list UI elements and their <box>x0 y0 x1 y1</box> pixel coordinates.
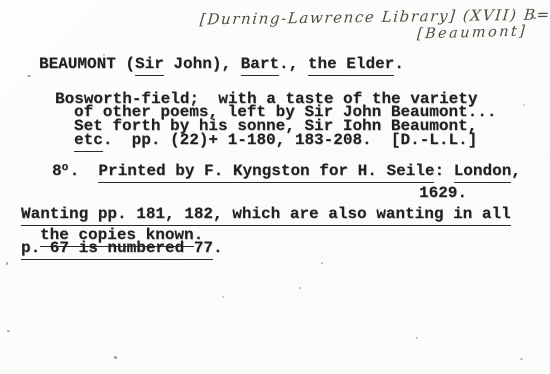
handwritten-author-annotation: [Beaumont] <box>416 24 527 43</box>
imprint-colon: : <box>434 162 453 180</box>
heading-sir-underlined: Sir <box>135 55 164 76</box>
scan-speck <box>299 287 301 289</box>
scan-speck <box>321 262 323 264</box>
note-wanting-text: Wanting pp. 181, 182, which are also wan… <box>21 205 511 226</box>
imprint-place-underlined: London <box>454 162 512 183</box>
scan-speck <box>222 296 224 298</box>
scan-speck <box>103 54 105 56</box>
heading-elder-underlined: the Elder <box>308 55 394 76</box>
title-line-4: etc. pp. (22)+ 1-180, 183-208. [D.-L.L.] <box>74 132 477 148</box>
scan-speck <box>533 17 536 19</box>
format-superscript-o: o <box>62 163 70 174</box>
title-collation: . pp. (22)+ 1-180, 183-208. [D.-L.L.] <box>103 131 477 149</box>
scan-speck <box>7 330 10 332</box>
heading-text: BEAUMONT ( <box>39 55 135 73</box>
note-period: . <box>213 239 223 257</box>
note-pagination-text: p. 67 is numbered 77 <box>21 239 213 260</box>
heading-bart-underlined: Bart <box>241 55 279 76</box>
imprint-printer-underlined: Printed by F. Kyngston for H. Seile <box>98 162 434 183</box>
note-pagination: p. 67 is numbered 77. <box>21 240 223 256</box>
scan-speck <box>6 262 8 265</box>
imprint-line: 8o. Printed by F. Kyngston for H. Seile:… <box>52 163 521 179</box>
heading-text: ., <box>279 55 308 73</box>
title-etc-underlined: etc <box>74 131 103 152</box>
format-statement: 8 <box>52 162 62 180</box>
catalog-card: [Durning-Lawrence Library] (XVII) B= [Be… <box>0 0 550 374</box>
scan-speck <box>520 358 523 360</box>
scan-speck <box>114 356 117 359</box>
author-heading: BEAUMONT (Sir John), Bart., the Elder. <box>39 56 404 72</box>
scan-speck <box>27 75 31 77</box>
note-wanting-line-1: Wanting pp. 181, 182, which are also wan… <box>21 206 511 222</box>
scan-speck <box>416 337 418 339</box>
imprint-separator: . <box>70 162 99 180</box>
imprint-comma: , <box>511 162 521 180</box>
scan-speck <box>523 104 525 106</box>
heading-text: John), <box>164 55 241 73</box>
heading-text: . <box>394 55 404 73</box>
imprint-year: 1629. <box>419 185 467 201</box>
